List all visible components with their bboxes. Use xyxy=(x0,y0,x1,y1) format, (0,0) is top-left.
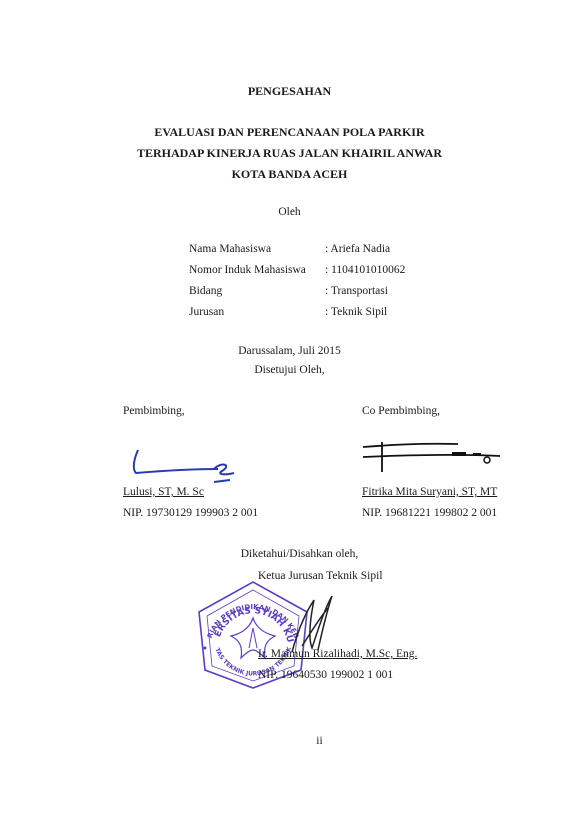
info-label: Jurusan xyxy=(189,306,224,318)
info-value: : Transportasi xyxy=(325,285,388,297)
supervisor-name: Lulusi, ST, M. Sc xyxy=(123,486,204,498)
supervisor-signature xyxy=(130,445,240,490)
co-supervisor-signature xyxy=(360,438,510,474)
title-line-3: KOTA BANDA ACEH xyxy=(0,167,579,182)
info-label: Nama Mahasiswa xyxy=(189,243,271,255)
place-date: Darussalam, Juli 2015 xyxy=(0,345,579,357)
co-supervisor-nip: NIP. 19681221 199802 2 001 xyxy=(362,507,497,519)
ratified-by: Diketahui/Disahkan oleh, xyxy=(10,548,579,560)
supervisor-role: Pembimbing, xyxy=(123,405,185,417)
approved-by: Disetujui Oleh, xyxy=(0,364,579,376)
by-label: Oleh xyxy=(0,206,579,218)
title-line-2: TERHADAP KINERJA RUAS JALAN KHAIRIL ANWA… xyxy=(0,146,579,161)
info-value: : 1104101010062 xyxy=(325,264,405,276)
page-heading: PENGESAHAN xyxy=(0,84,579,99)
info-value: : Teknik Sipil xyxy=(325,306,387,318)
co-supervisor-role: Co Pembimbing, xyxy=(362,405,440,417)
supervisor-nip: NIP. 19730129 199903 2 001 xyxy=(123,507,258,519)
info-label: Nomor Induk Mahasiswa xyxy=(189,264,306,276)
head-name: Ir. Maimun Rizalihadi, M.Sc, Eng. xyxy=(258,648,417,660)
title-line-1: EVALUASI DAN PERENCANAAN POLA PARKIR xyxy=(0,125,579,140)
head-nip: NIP. 19640530 199002 1 001 xyxy=(258,669,393,681)
info-label: Bidang xyxy=(189,285,222,297)
page-number: ii xyxy=(30,735,579,747)
info-value: : Ariefa Nadia xyxy=(325,243,390,255)
co-supervisor-name: Fitrika Mita Suryani, ST, MT xyxy=(362,486,497,498)
